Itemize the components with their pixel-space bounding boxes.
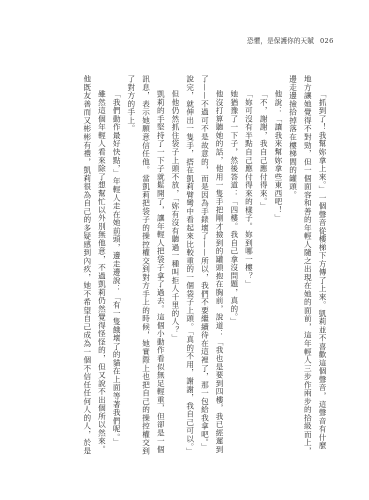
paragraph: 她猶豫了一下子，然後答道：「四樓。我自己拿沒問題，真的。」: [226, 75, 241, 457]
vertical-body-text: 「抓到了！我幫妳拿上來。」一個聲音從樓梯下方傳了上來。凱莉並不喜歡這個聲音，這聲…: [79, 75, 329, 457]
paragraph: 「抓到了！我幫妳拿上來。」一個聲音從樓梯下方傳了上來。凱莉並不喜歡這個聲音，這聲…: [285, 75, 329, 457]
paragraph: 雖然這個年輕人看來除了想幫忙以外別無他意，不過凱莉仍然覺得怪怪的，但又說不出個所…: [79, 75, 108, 457]
paragraph: 「妳可沒有半點自己應付得來的樣子。妳到哪一樓？」: [241, 75, 256, 457]
paragraph: 「不，謝謝，我自己應付得來。」: [255, 75, 270, 457]
running-header: 恐懼，是保護你的天賦 026: [247, 36, 329, 46]
book-title: 恐懼，是保護你的天賦: [247, 36, 314, 46]
paragraph: 「我們動作最好快點，」年輕人走在她前頭，邊走邊說：「有一隻餓壞了的貓在上面等著我…: [108, 75, 123, 457]
paragraph: 凱莉的手堅持了一下子就鬆開了，讓年輕人把袋子拿了過去。這個小動作看似無足輕重，但…: [123, 75, 167, 457]
paragraph: 但他仍然抓住袋子上頭不放，「妳有沒有聽過一種叫拒人千里的人？」: [167, 75, 182, 457]
paragraph: 他沒打算聽她的話，他用一隻手把剛才撿到的罐頭抱在胸前，說道：「我也是要到四樓，我…: [182, 75, 226, 457]
paragraph: 他說：「讓我來幫妳拿些東西吧！」: [270, 75, 285, 457]
page-number: 026: [320, 36, 334, 46]
